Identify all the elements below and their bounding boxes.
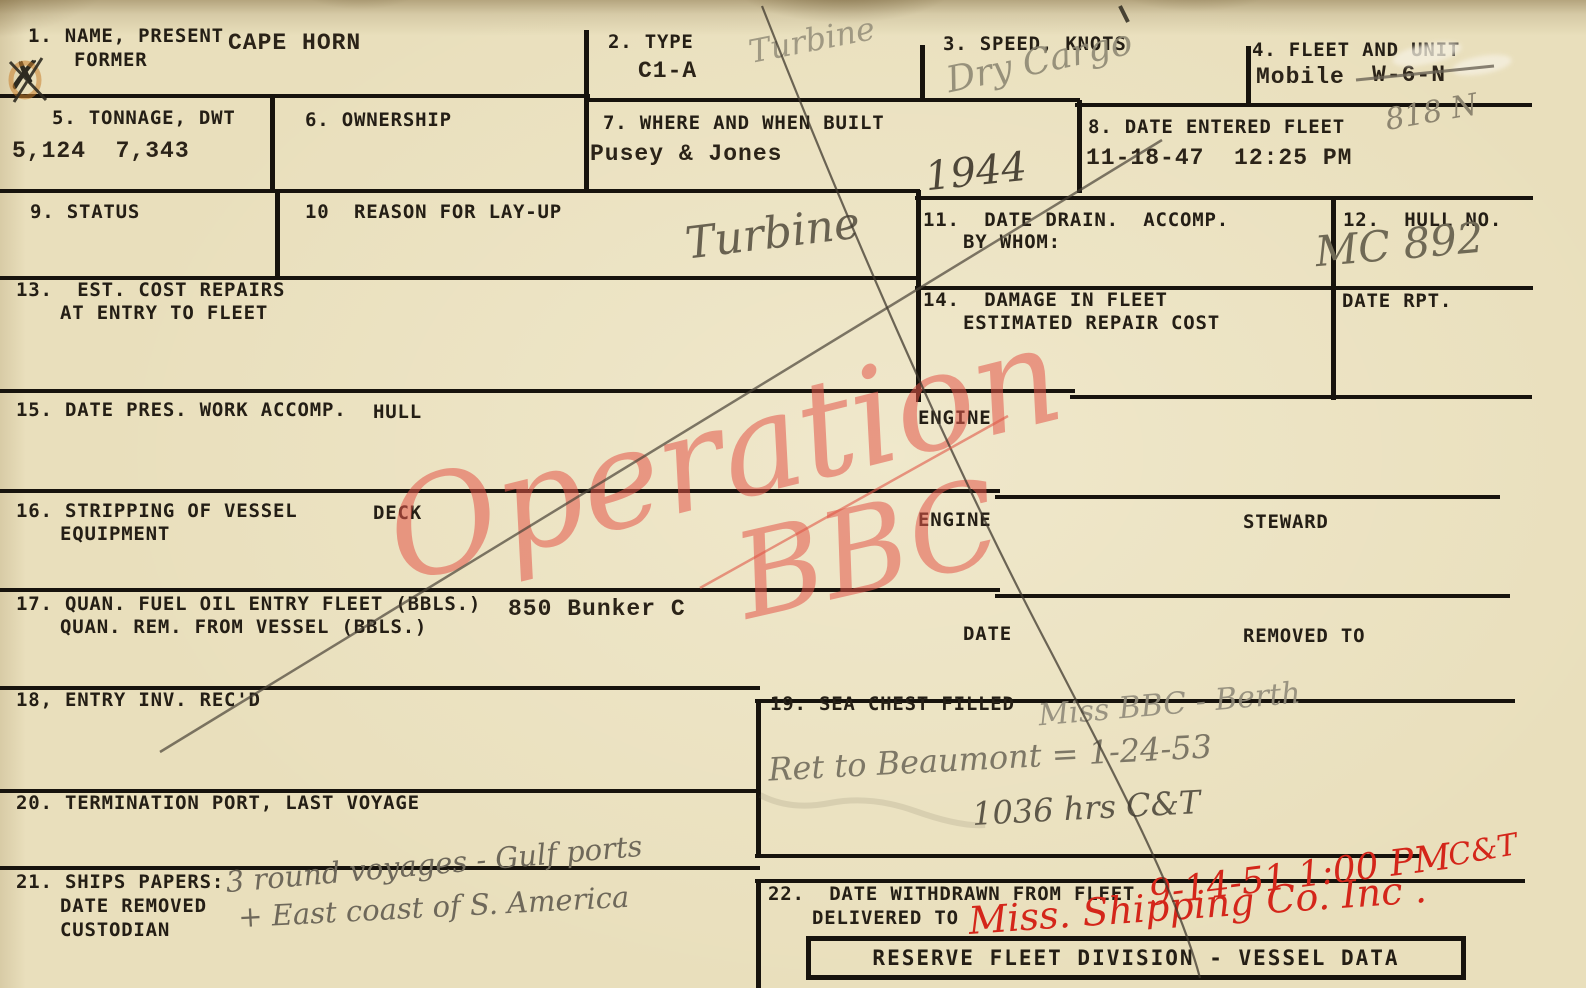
field-13-label: 13. EST. COST REPAIRS (16, 280, 285, 301)
field-9-label: 9. STATUS (30, 202, 140, 223)
handwriting-layup-note: Turbine (683, 201, 862, 266)
grid-line (275, 190, 280, 278)
field-21-label: 21. SHIPS PAPERS: (16, 872, 224, 893)
handwriting-built-year: 1944 (923, 147, 1028, 197)
field-2-label: 2. TYPE (608, 32, 694, 53)
handwriting-sea-chest-3: 1036 hrs C&T (971, 786, 1201, 830)
date-rpt-label: DATE RPT. (1342, 291, 1452, 312)
grid-line (995, 495, 1500, 499)
vessel-data-card: 1. NAME, PRESENT FORMER CAPE HORN ✗ 2. T… (0, 0, 1586, 988)
handwriting-sea-chest-1: Miss BBC - Berth (1037, 679, 1302, 732)
field-6-label: 6. OWNERSHIP (305, 110, 452, 131)
field-17-value-fuel: 850 Bunker C (508, 596, 686, 622)
field-5-label: 5. TONNAGE, DWT (52, 108, 236, 129)
field-10-label: 10 REASON FOR LAY-UP (305, 202, 562, 223)
grid-line (0, 189, 920, 193)
field-16-steward-label: STEWARD (1243, 512, 1329, 533)
handwriting-type-note: Turbine (746, 12, 877, 68)
field-17-label-2: QUAN. REM. FROM VESSEL (BBLS.) (60, 617, 427, 638)
field-20-label: 20. TERMINATION PORT, LAST VOYAGE (16, 793, 420, 814)
grid-line (1077, 100, 1082, 193)
grid-line (756, 699, 761, 857)
field-19-label: 19. SEA CHEST FILLED (770, 694, 1015, 715)
field-8-value-date-entered: 11-18-47 12:25 PM (1086, 145, 1352, 171)
field-7-label: 7. WHERE AND WHEN BUILT (603, 113, 885, 134)
grid-line (1331, 389, 1336, 400)
field-11-label: 11. DATE DRAIN. ACCOMP. (923, 210, 1229, 231)
field-11-label-by-whom: BY WHOM: (963, 232, 1061, 253)
field-1-label: 1. NAME, PRESENT (28, 26, 224, 47)
field-2-value-type: C1-A (638, 58, 697, 84)
stray-mark (1120, 6, 1128, 22)
card-title: RESERVE FLEET DIVISION - VESSEL DATA (872, 946, 1399, 970)
grid-line (1070, 395, 1532, 399)
field-7-value-builder: Pusey & Jones (590, 141, 782, 167)
grid-line (270, 96, 275, 192)
grid-line (584, 96, 589, 192)
x-mark: ✗ (8, 56, 42, 96)
eraser-smudge (1451, 51, 1513, 79)
handwriting-fleet-unit-note: 818 N (1383, 90, 1480, 136)
field-21-label-3: CUSTODIAN (60, 920, 170, 941)
field-14-label: 14. DAMAGE IN FLEET (923, 290, 1168, 311)
field-17-removed-to-label: REMOVED TO (1243, 626, 1365, 647)
grid-line (920, 45, 925, 101)
field-4-value-fleet: Mobile (1256, 64, 1345, 90)
field-8-label: 8. DATE ENTERED FLEET (1088, 117, 1345, 138)
field-21-label-2: DATE REMOVED (60, 896, 207, 917)
grid-line (915, 196, 1533, 200)
field-5-value-tonnage: 5,124 7,343 (12, 138, 190, 164)
grid-line (584, 30, 589, 96)
erased-pencil-scribble (760, 795, 985, 825)
field-18-label: 18, ENTRY INV. REC'D (16, 690, 261, 711)
field-16-label: 16. STRIPPING OF VESSEL (16, 501, 298, 522)
handwriting-hull-no: MC 892 (1313, 217, 1485, 274)
field-1-value-ship-name: CAPE HORN (228, 30, 361, 56)
grid-line (0, 94, 590, 98)
field-1-label-former: FORMER (74, 50, 147, 71)
grid-line (1246, 46, 1251, 106)
handwriting-sea-chest-2: Ret to Beaumont = 1-24-53 (767, 730, 1212, 785)
field-15-hull-label: HULL (373, 402, 422, 423)
title-box: RESERVE FLEET DIVISION - VESSEL DATA (806, 936, 1466, 980)
field-22-label-2: DELIVERED TO (812, 908, 959, 929)
field-17-date-label: DATE (963, 624, 1012, 645)
field-15-label: 15. DATE PRES. WORK ACCOMP. (16, 400, 346, 421)
grid-line (995, 594, 1510, 598)
field-16-label-2: EQUIPMENT (60, 524, 170, 545)
grid-line (756, 879, 761, 988)
grid-line (585, 98, 1080, 102)
field-13-label-2: AT ENTRY TO FLEET (60, 303, 268, 324)
handwriting-red-timezone: C&T (1446, 830, 1520, 872)
